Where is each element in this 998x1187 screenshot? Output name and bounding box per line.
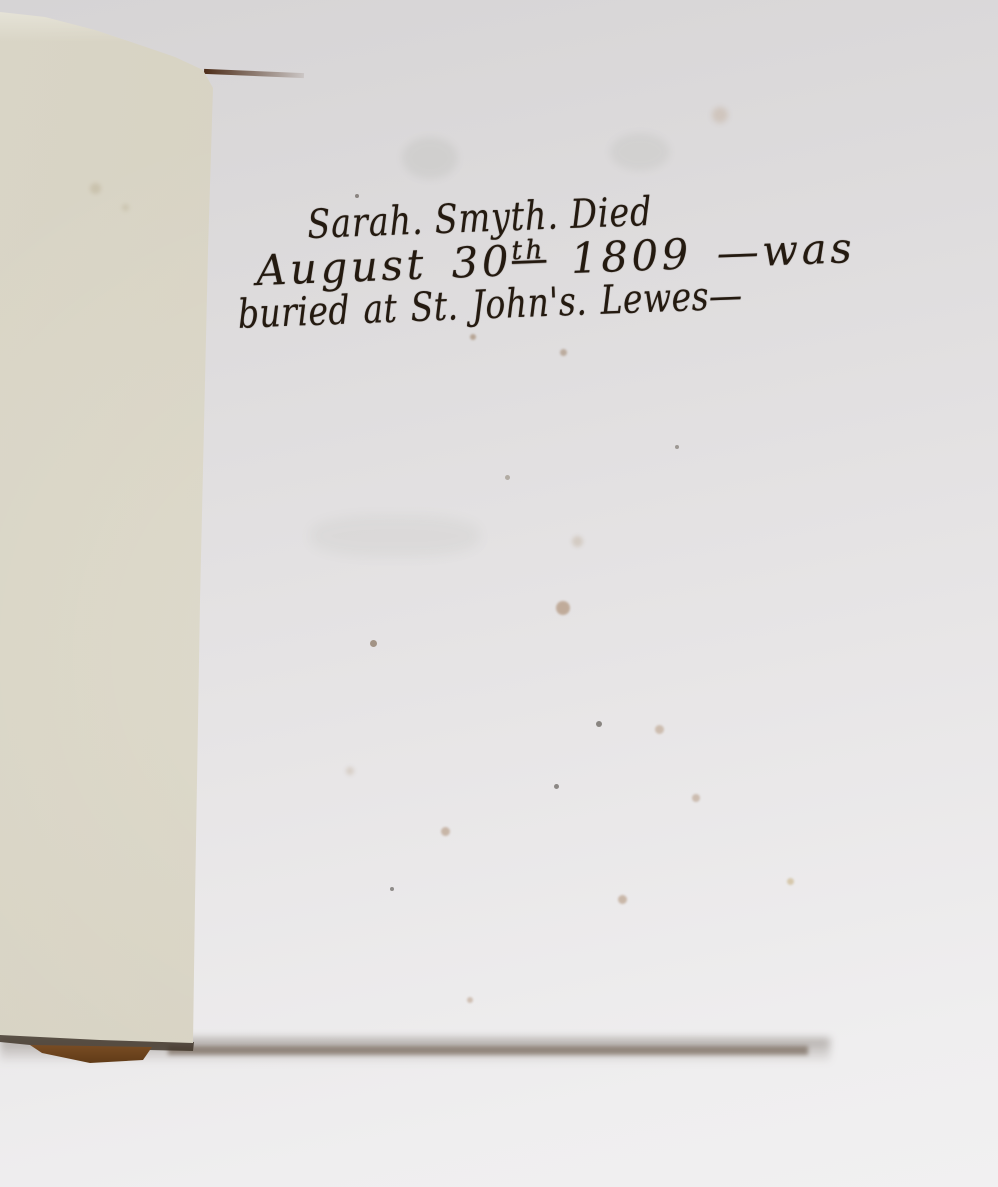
- gutter-top-edge: [204, 69, 304, 78]
- handwritten-inscription: Sarah. Smyth. Died August 30th 1809 —was…: [195, 145, 795, 365]
- photo-of-open-book: Sarah. Smyth. Died August 30th 1809 —was…: [0, 0, 998, 1187]
